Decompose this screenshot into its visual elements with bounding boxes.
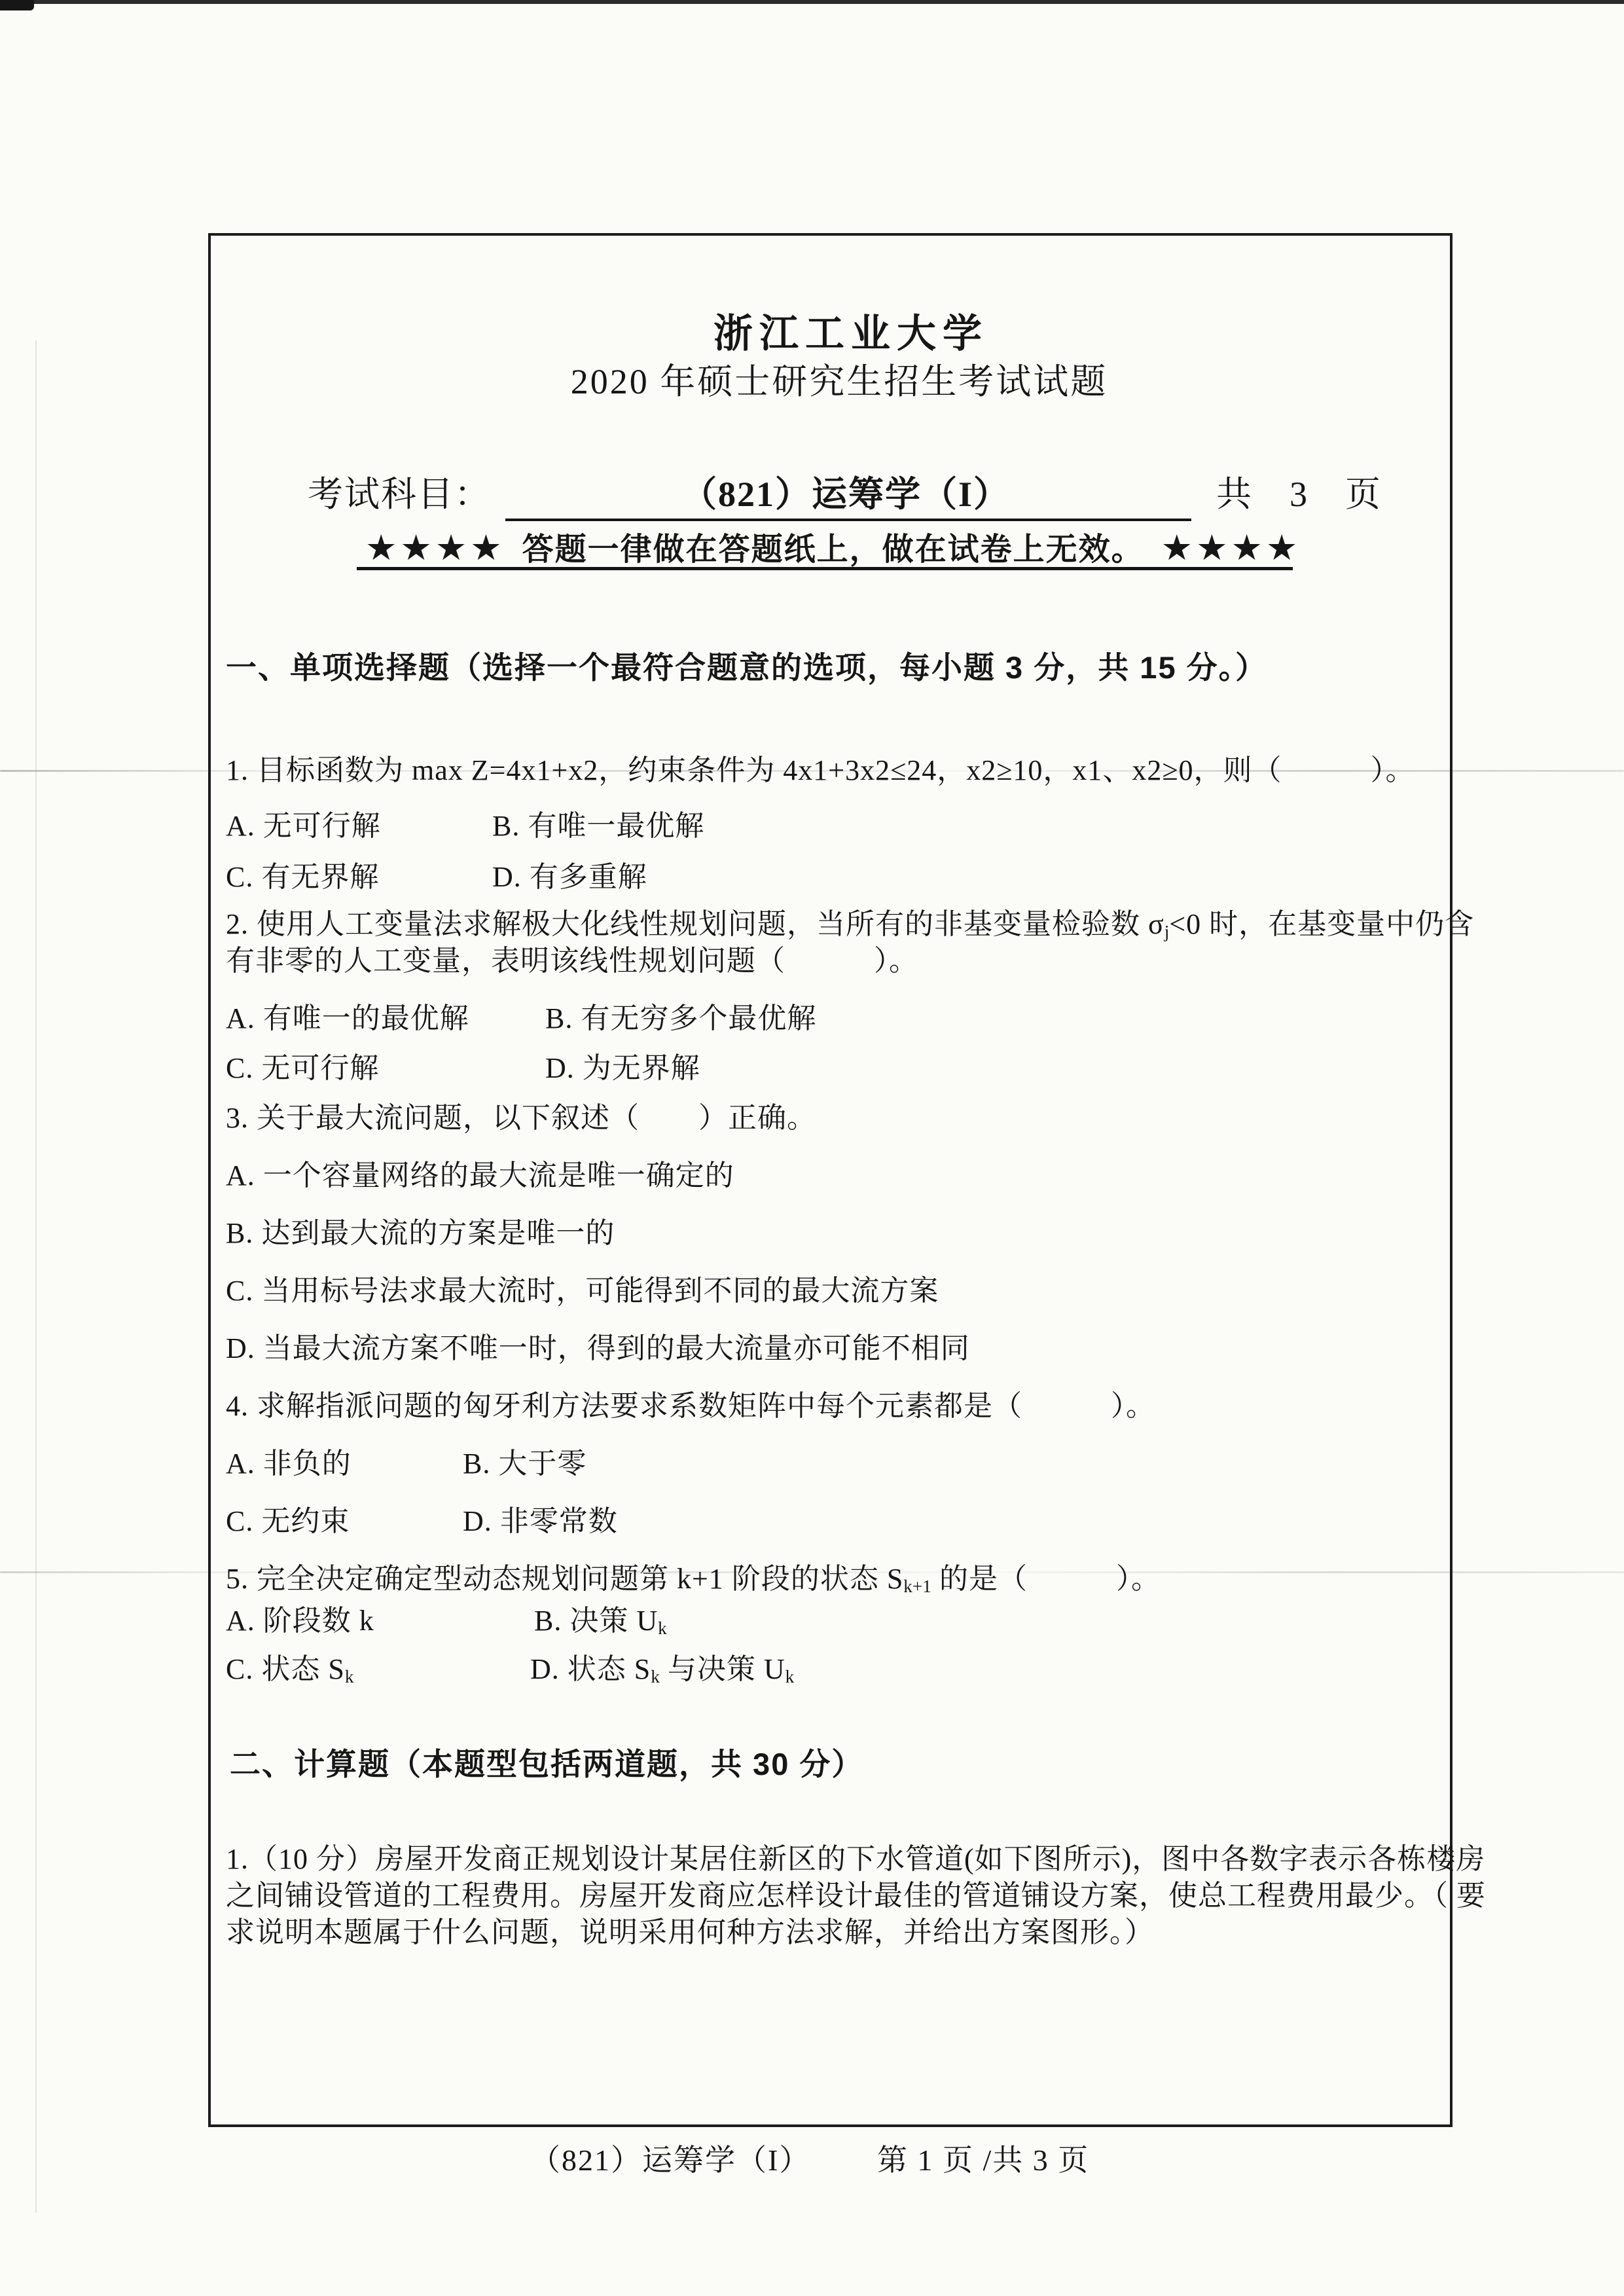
- q2-stem-line1: 2. 使用人工变量法求解极大化线性规划问题，当所有的非基变量检验数 σj<0 时…: [226, 906, 1474, 946]
- q5-option-d: D. 状态 Sk 与决策 Uk: [530, 1653, 794, 1685]
- q4-options-cd: C. 无约束D. 非零常数: [226, 1503, 618, 1540]
- subject-underline: [505, 519, 1191, 521]
- q4-option-c: C. 无约束: [226, 1503, 463, 1540]
- q3-option-a: A. 一个容量网络的最大流是唯一确定的: [226, 1157, 734, 1194]
- q5-option-a: A. 阶段数 k: [226, 1603, 534, 1639]
- q1-option-d: D. 有多重解: [492, 861, 647, 893]
- stars-left-icon: ★★★★: [365, 527, 505, 568]
- q1-option-a: A. 无可行解: [226, 808, 492, 845]
- footer-page-info: 第 1 页 /共 3 页: [877, 2142, 1089, 2179]
- q1-options-ab: A. 无可行解B. 有唯一最优解: [226, 808, 704, 845]
- subject-label: 考试科目：: [308, 473, 491, 516]
- q1-options-cd: C. 有无界解D. 有多重解: [226, 859, 647, 896]
- section2-q1-line2: 之间铺设管道的工程费用。房屋开发商应怎样设计最佳的管道铺设方案，使总工程费用最少…: [226, 1878, 1486, 1914]
- q3-option-c: C. 当用标号法求最大流时，可能得到不同的最大流方案: [226, 1273, 939, 1309]
- notice-line: ★★★★ 答题一律做在答题纸上，做在试卷上无效。 ★★★★: [365, 524, 1301, 569]
- q2-sigma-subscript: j: [1164, 922, 1170, 941]
- q2-option-b: B. 有无穷多个最优解: [545, 1002, 816, 1034]
- q5-option-b-subscript: k: [658, 1618, 667, 1638]
- q2-options-cd: C. 无可行解D. 为无界解: [226, 1050, 700, 1087]
- subject-value: （821）运筹学（I）: [681, 473, 1010, 516]
- scan-corner-mark: [0, 0, 34, 10]
- q4-stem: 4. 求解指派问题的匈牙利方法要求系数矩阵中每个元素都是（ ）。: [226, 1388, 1155, 1425]
- q5-option-b-text: B. 决策 U: [534, 1605, 658, 1637]
- section2-q1-line1: 1.（10 分）房屋开发商正规划设计某居住新区的下水管道(如下图所示)，图中各数…: [226, 1841, 1485, 1878]
- notice-underline: [357, 567, 1293, 570]
- q5-options-ab: A. 阶段数 kB. 决策 Uk: [226, 1603, 667, 1643]
- q3-stem: 3. 关于最大流问题，以下叙述（ ）正确。: [226, 1100, 816, 1137]
- total-pages: 共 3 页: [1216, 473, 1382, 516]
- section2-heading: 二、计算题（本题型包括两道题，共 30 分）: [230, 1746, 863, 1783]
- q4-option-a: A. 非负的: [226, 1446, 463, 1482]
- q2-option-c: C. 无可行解: [226, 1050, 545, 1087]
- q4-option-b: B. 大于零: [463, 1448, 586, 1480]
- footer-subject: （821）运筹学（I）: [530, 2142, 810, 2179]
- q5-option-d-text: D. 状态 S: [530, 1653, 651, 1685]
- q1-option-b: B. 有唯一最优解: [492, 810, 704, 842]
- scanned-exam-page: 浙江工业大学 2020 年硕士研究生招生考试试题 考试科目： （821）运筹学（…: [0, 0, 1624, 2296]
- q2-stem-text: 2. 使用人工变量法求解极大化线性规划问题，当所有的非基变量检验数 σ: [226, 908, 1164, 940]
- stars-right-icon: ★★★★: [1161, 527, 1301, 568]
- q5-options-cd: C. 状态 SkD. 状态 Sk 与决策 Uk: [226, 1651, 794, 1691]
- q2-option-a: A. 有唯一的最优解: [226, 1000, 545, 1037]
- q5-option-d-subscript1: k: [651, 1667, 660, 1686]
- q5-stem-text-cont: 的是（ ）。: [931, 1563, 1161, 1595]
- q5-option-c-subscript: k: [345, 1667, 354, 1686]
- q5-state-subscript: k+1: [903, 1576, 931, 1596]
- q1-stem: 1. 目标函数为 max Z=4x1+x2，约束条件为 4x1+3x2≤24，x…: [226, 752, 1415, 789]
- q2-stem-text-cont: <0 时，在基变量中仍含: [1169, 908, 1474, 940]
- q4-options-ab: A. 非负的B. 大于零: [226, 1446, 586, 1482]
- q5-stem-text: 5. 完全决定确定型动态规划问题第 k+1 阶段的状态 S: [226, 1563, 903, 1595]
- exam-title: 2020 年硕士研究生招生考试试题: [571, 361, 1108, 402]
- q4-option-d: D. 非零常数: [463, 1505, 618, 1537]
- q5-option-d-subscript2: k: [785, 1667, 795, 1686]
- q3-option-b: B. 达到最大流的方案是唯一的: [226, 1215, 615, 1252]
- notice-text: 答题一律做在答题纸上，做在试卷上无效。: [522, 524, 1144, 569]
- q1-option-c: C. 有无界解: [226, 859, 492, 896]
- scan-top-edge: [0, 0, 1624, 4]
- q5-option-c-text: C. 状态 S: [226, 1653, 345, 1685]
- school-name: 浙江工业大学: [713, 313, 988, 355]
- scan-left-shadow: [35, 340, 37, 2213]
- q2-option-d: D. 为无界解: [545, 1052, 700, 1084]
- section1-heading: 一、单项选择题（选择一个最符合题意的选项，每小题 3 分，共 15 分。）: [226, 649, 1267, 686]
- q5-option-c: C. 状态 Sk: [226, 1651, 530, 1691]
- q2-options-ab: A. 有唯一的最优解B. 有无穷多个最优解: [226, 1000, 816, 1037]
- q5-stem: 5. 完全决定确定型动态规划问题第 k+1 阶段的状态 Sk+1 的是（ ）。: [226, 1561, 1161, 1601]
- q5-option-d-text-cont: 与决策 U: [660, 1653, 785, 1685]
- q5-option-b: B. 决策 Uk: [534, 1605, 667, 1637]
- q2-stem-line2: 有非零的人工变量，表明该线性规划问题（ ）。: [226, 943, 918, 979]
- section2-q1-line3: 求说明本题属于什么问题，说明采用何种方法求解，并给出方案图形。）: [226, 1914, 1154, 1951]
- q3-option-d: D. 当最大流方案不唯一时，得到的最大流量亦可能不相同: [226, 1330, 970, 1367]
